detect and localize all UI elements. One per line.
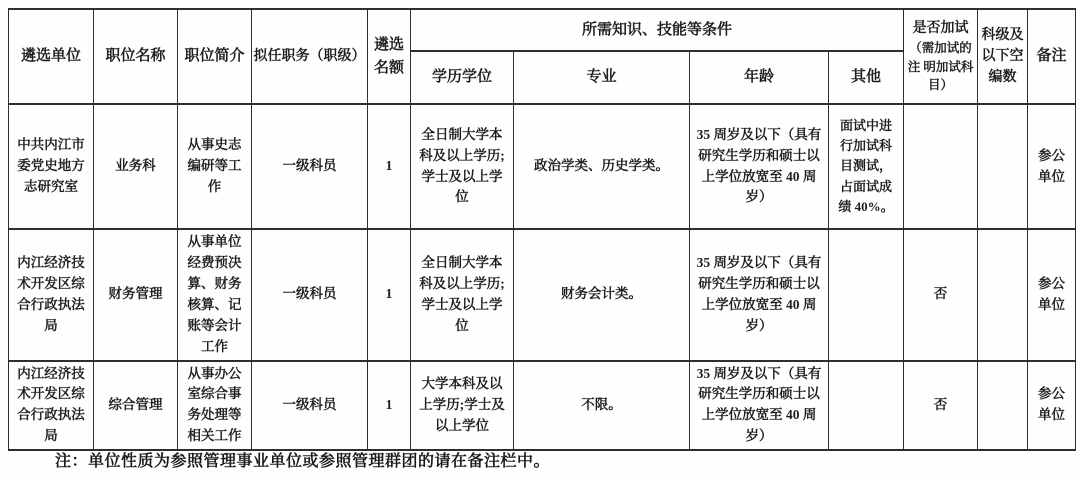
cell-extra-test: 否: [904, 229, 978, 361]
col-header-extra-test-line3: 明加试科目）: [923, 60, 973, 93]
col-header-proposed-post: 拟任职务（职级）: [252, 9, 368, 104]
cell-position-intro: 从事单位经费预决算、财务核算、记账等会计工作: [178, 229, 252, 361]
cell-position-name: 业务科: [94, 104, 178, 229]
cell-unit: 内江经济技术开发区综合行政执法局: [9, 361, 94, 451]
cell-remark: 参公单位: [1028, 361, 1076, 451]
table-row: 内江经济技术开发区综合行政执法局 财务管理 从事单位经费预决算、财务核算、记账等…: [9, 229, 1076, 361]
col-header-vacancy: 科级及以下空编数: [978, 9, 1028, 104]
col-header-extra-test: 是否加试 （需加试的注 明加试科目）: [904, 9, 978, 104]
cell-quota: 1: [368, 361, 411, 451]
cell-other: 面试中进行加试科目测试，占面试成绩 40%。: [829, 104, 904, 229]
col-header-unit: 遴选单位: [9, 9, 94, 104]
cell-proposed-post: 一级科员: [252, 361, 368, 451]
cell-unit: 中共内江市委党史地方志研究室: [9, 104, 94, 229]
col-header-position-name: 职位名称: [94, 9, 178, 104]
col-header-age: 年龄: [690, 51, 829, 104]
cell-position-name: 综合管理: [94, 361, 178, 451]
cell-age: 35 周岁及以下（具有研究生学历和硕士以上学位放宽至 40 周岁）: [690, 104, 829, 229]
table-row: 内江经济技术开发区综合行政执法局 综合管理 从事办公室综合事务处理等相关工作 一…: [9, 361, 1076, 451]
cell-other: [829, 361, 904, 451]
cell-vacancy: [978, 229, 1028, 361]
cell-age: 35 周岁及以下（具有研究生学历和硕士以上学位放宽至 40 周岁）: [690, 361, 829, 451]
col-header-requirements-group: 所需知识、技能等条件: [411, 9, 904, 51]
cell-remark: 参公单位: [1028, 104, 1076, 229]
cell-proposed-post: 一级科员: [252, 104, 368, 229]
col-header-quota: 遴选名额: [368, 9, 411, 104]
col-header-extra-test-line1: 是否加试: [905, 18, 976, 39]
cell-quota: 1: [368, 104, 411, 229]
cell-extra-test: [904, 104, 978, 229]
cell-education: 全日制大学本科及以上学历;学士及以上学位: [411, 104, 514, 229]
col-header-other: 其他: [829, 51, 904, 104]
cell-age: 35 周岁及以下（具有研究生学历和硕士以上学位放宽至 40 周岁）: [690, 229, 829, 361]
table-footnote: 注：单位性质为参照管理事业单位或参照管理群团的请在备注栏中。: [55, 448, 550, 471]
cell-vacancy: [978, 361, 1028, 451]
col-header-education: 学历学位: [411, 51, 514, 104]
col-header-position-intro: 职位简介: [178, 9, 252, 104]
table-row: 中共内江市委党史地方志研究室 业务科 从事史志编研等工作 一级科员 1 全日制大…: [9, 104, 1076, 229]
col-header-major: 专业: [514, 51, 690, 104]
col-header-remark: 备注: [1028, 9, 1076, 104]
cell-unit: 内江经济技术开发区综合行政执法局: [9, 229, 94, 361]
cell-extra-test: 否: [904, 361, 978, 451]
cell-position-intro: 从事办公室综合事务处理等相关工作: [178, 361, 252, 451]
cell-education: 全日制大学本科及以上学历;学士及以上学位: [411, 229, 514, 361]
cell-major: 政治学类、历史学类。: [514, 104, 690, 229]
cell-remark: 参公单位: [1028, 229, 1076, 361]
cell-position-name: 财务管理: [94, 229, 178, 361]
cell-major: 不限。: [514, 361, 690, 451]
cell-proposed-post: 一级科员: [252, 229, 368, 361]
cell-major: 财务会计类。: [514, 229, 690, 361]
cell-education: 大学本科及以上学历;学士及以上学位: [411, 361, 514, 451]
cell-vacancy: [978, 104, 1028, 229]
document-page: 遴选单位 职位名称 职位简介 拟任职务（职级） 遴选名额 所需知识、技能等条件 …: [0, 0, 1080, 477]
selection-positions-table: 遴选单位 职位名称 职位简介 拟任职务（职级） 遴选名额 所需知识、技能等条件 …: [8, 8, 1076, 451]
cell-quota: 1: [368, 229, 411, 361]
cell-position-intro: 从事史志编研等工作: [178, 104, 252, 229]
cell-other: [829, 229, 904, 361]
